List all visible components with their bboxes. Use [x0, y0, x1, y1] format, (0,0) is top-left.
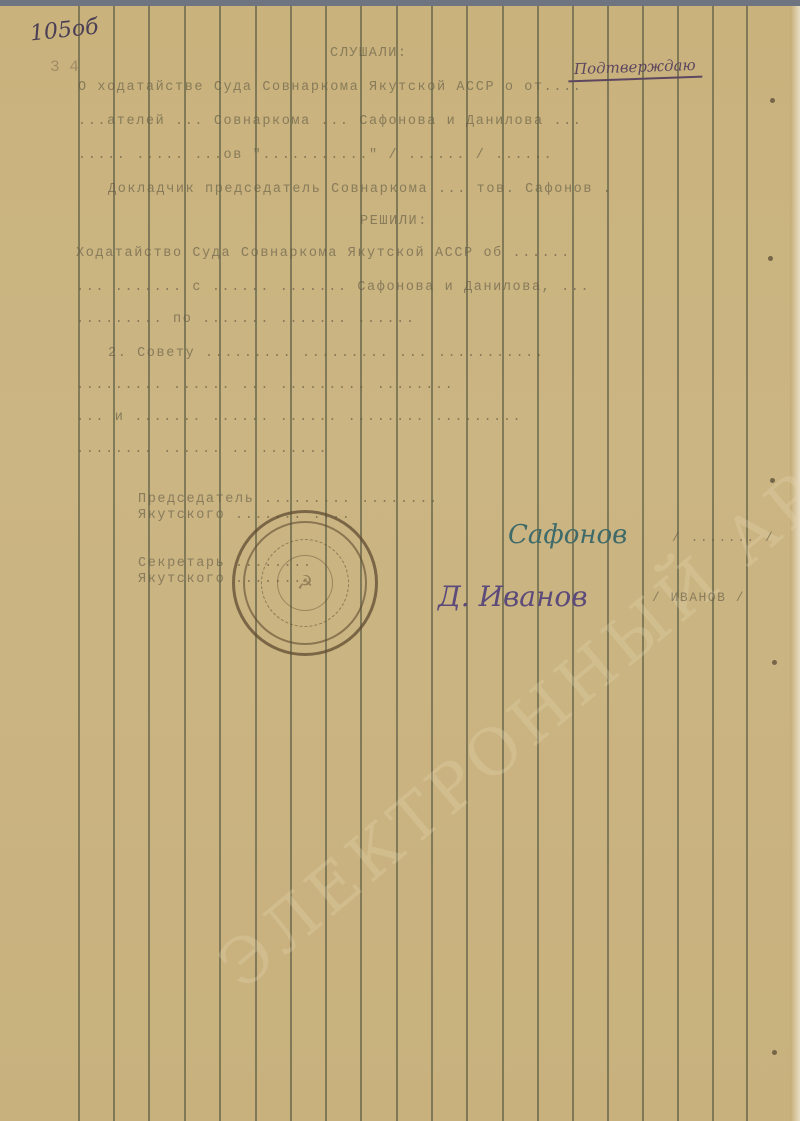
text-line: ......... ...... ... ......... ........: [76, 378, 454, 393]
ink-spot: [772, 660, 777, 665]
ink-spot: [768, 256, 773, 261]
ruled-line: [431, 6, 433, 1121]
ruled-line: [537, 6, 539, 1121]
ruled-line: [502, 6, 504, 1121]
secretary-signature: Д. Иванов: [438, 580, 588, 613]
ink-spot: [772, 1050, 777, 1055]
ruled-line: [78, 6, 80, 1121]
heading-resolved: РЕШИЛИ:: [360, 214, 428, 229]
text-line: О ходатайстве Суда Совнаркома Якутской А…: [78, 80, 582, 95]
pencil-mark: 3 4: [50, 58, 79, 76]
text-line: ..... ..... ...ов "..........." / ......…: [78, 148, 553, 163]
emblem-icon: ☭: [298, 570, 311, 596]
text-line: 2. Совету ......... ......... ... ......…: [108, 346, 545, 361]
ruled-line: [396, 6, 398, 1121]
text-line: ... ....... с ...... ....... Сафонова и …: [76, 280, 590, 295]
text-line: Докладчик председатель Совнаркома ... то…: [108, 182, 612, 197]
handwritten-approval: Подтверждаю: [568, 56, 702, 83]
chair-name-typed: / ....... /: [672, 530, 774, 545]
ruled-line: [572, 6, 574, 1121]
heading-listened: СЛУШАЛИ:: [330, 46, 408, 61]
text-line: ........ ...... .. .......: [76, 442, 328, 457]
ink-spot: [770, 478, 775, 483]
text-line: ... и ....... ...... ...... ........ ...…: [76, 410, 522, 425]
official-seal: ☭: [232, 510, 378, 656]
text-line: ......... по ....... ....... ......: [76, 312, 416, 327]
ruled-line: [466, 6, 468, 1121]
text-line: ...ателей ... Совнаркома ... Сафонова и …: [78, 114, 582, 129]
ruled-line: [642, 6, 644, 1121]
secretary-name-typed: / ИВАНОВ /: [652, 590, 745, 605]
page-edge: [790, 6, 800, 1121]
text-line: Ходатайство Суда Совнаркома Якутской АСС…: [76, 246, 571, 261]
ink-spot: [770, 98, 775, 103]
ruled-line: [607, 6, 609, 1121]
ruled-line: [113, 6, 115, 1121]
chair-signature: Сафонов: [508, 520, 627, 550]
signature-block-line: Председатель ......... ........: [138, 492, 439, 507]
